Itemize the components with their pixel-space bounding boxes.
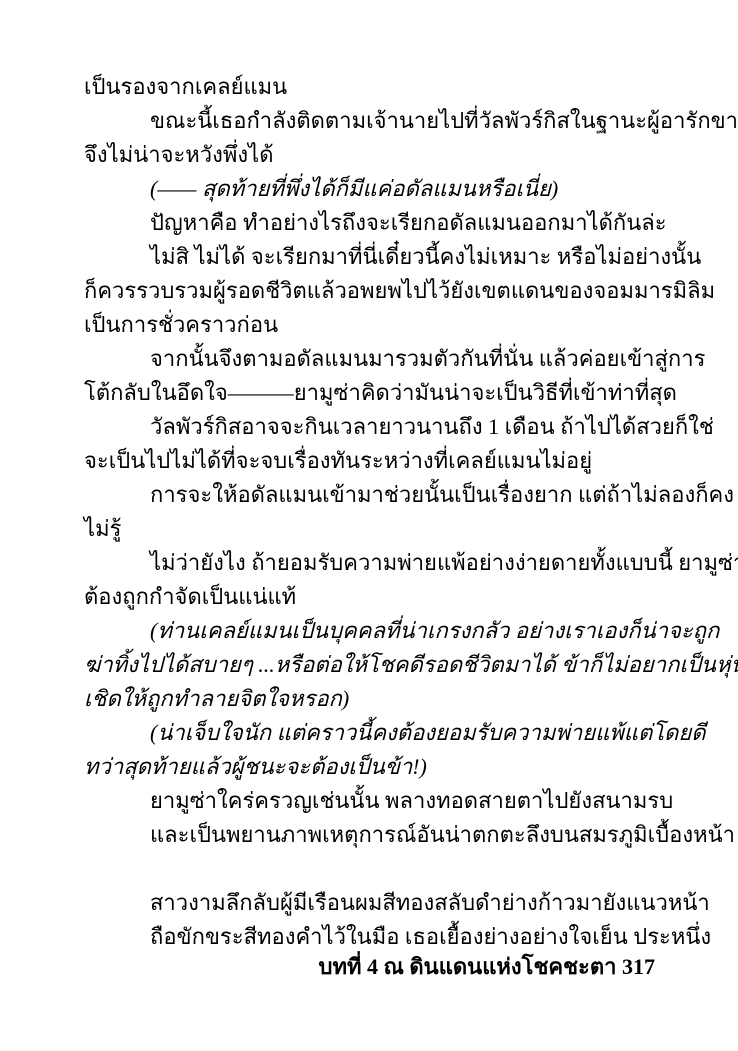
body-line: ถือขักขระสีทองคำไว้ในมือ เธอเยื้องย่างอย… [84, 920, 658, 954]
body-line: ไม่ว่ายังไง ถ้ายอมรับความพ่ายแพ้อย่างง่า… [84, 546, 658, 580]
body-line-thought: ทว่าสุดท้ายแล้วผู้ชนะจะต้องเป็นข้า!) [84, 750, 658, 784]
body-line-thought: เชิดให้ถูกทำลายจิตใจหรอก) [84, 682, 658, 716]
body-line: สาวงามลึกลับผู้มีเรือนผมสีทองสลับดำย่างก… [84, 886, 658, 920]
body-line: ยามูซ่าใคร่ครวญเช่นนั้น พลางทอดสายตาไปยั… [84, 784, 658, 818]
body-line: ปัญหาคือ ทำอย่างไรถึงจะเรียกอดัลแมนออกมา… [84, 206, 658, 240]
body-text: เป็นรองจากเคลย์แมน ขณะนี้เธอกำลังติดตามเ… [84, 70, 658, 954]
body-line: ต้องถูกกำจัดเป็นแน่แท้ [84, 580, 658, 614]
body-line: จะเป็นไปไม่ได้ที่จะจบเรื่องทันระหว่างที่… [84, 444, 658, 478]
body-line: จากนั้นจึงตามอดัลแมนมารวมตัวกันที่นั่น แ… [84, 342, 658, 376]
body-line: ไม่รู้ [84, 512, 658, 546]
body-line-thought: (น่าเจ็บใจนัก แต่คราวนี้คงต้องยอมรับความ… [84, 716, 658, 750]
body-line: วัลพัวร์กิสอาจจะกินเวลายาวนานถึง 1 เดือน… [84, 410, 658, 444]
body-line-thought: (—— สุดท้ายที่พึ่งได้ก็มีแค่อดัลแมนหรือเ… [84, 172, 658, 206]
body-line: ไม่สิ ไม่ได้ จะเรียกมาที่นี่เดี๋ยวนี้คงไ… [84, 240, 658, 274]
body-line: ก็ควรรวบรวมผู้รอดชีวิตแล้วอพยพไปไว้ยังเข… [84, 274, 658, 308]
body-line: เป็นการชั่วคราวก่อน [84, 308, 658, 342]
book-page: เป็นรองจากเคลย์แมน ขณะนี้เธอกำลังติดตามเ… [0, 0, 738, 1051]
body-line: การจะให้อดัลแมนเข้ามาช่วยนั้นเป็นเรื่องย… [84, 478, 658, 512]
body-line-thought: ฆ่าทิ้งไปได้สบายๆ ...หรือต่อให้โชคดีรอดช… [84, 648, 658, 682]
body-line: เป็นรองจากเคลย์แมน [84, 70, 658, 104]
body-line: จึงไม่น่าจะหวังพึ่งได้ [84, 138, 658, 172]
body-line-thought: (ท่านเคลย์แมนเป็นบุคคลที่น่าเกรงกลัว อย่… [84, 614, 658, 648]
chapter-footer: บทที่ 4 ณ ดินแดนแห่งโชคชะตา 317 [319, 950, 656, 984]
paragraph-gap [84, 852, 658, 886]
body-line: โต้กลับในอึดใจ———ยามูซ่าคิดว่ามันน่าจะเป… [84, 376, 658, 410]
body-line: และเป็นพยานภาพเหตุการณ์อันน่าตกตะลึงบนสม… [84, 818, 658, 852]
body-line: ขณะนี้เธอกำลังติดตามเจ้านายไปที่วัลพัวร์… [84, 104, 658, 138]
